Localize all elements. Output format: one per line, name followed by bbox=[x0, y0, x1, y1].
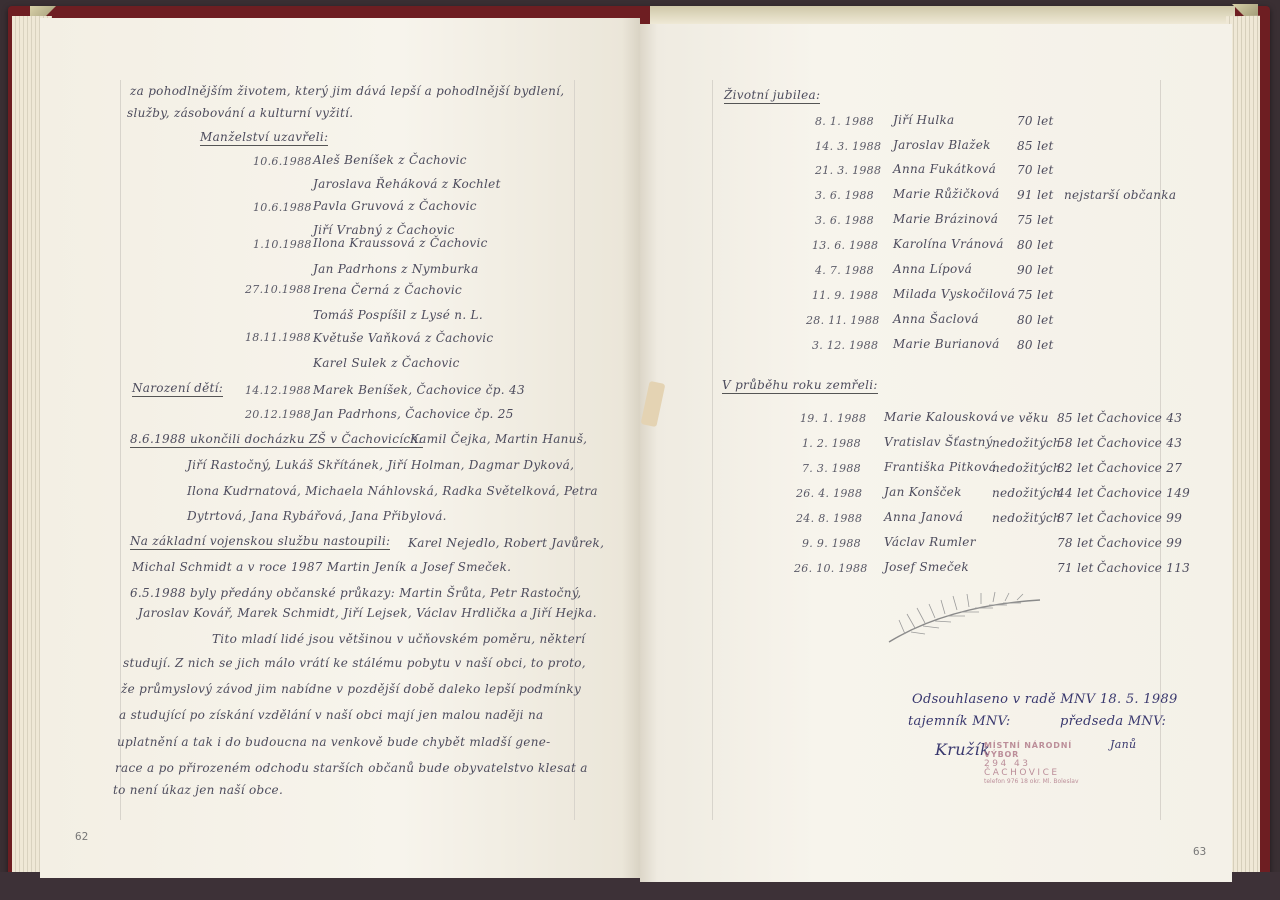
death-note: ve věku bbox=[1000, 411, 1049, 425]
chairman-label: předseda MNV: bbox=[1060, 714, 1166, 729]
marriage-person: Tomáš Pospíšil z Lysé n. L. bbox=[313, 308, 483, 322]
jubilee-age: 75 let bbox=[1017, 213, 1054, 227]
marriage-person: Jiří Vrabný z Čachovic bbox=[313, 223, 455, 237]
death-name: Anna Janová bbox=[884, 510, 963, 524]
jubilees-heading: Životní jubilea: bbox=[724, 88, 820, 104]
school-line: Jiří Rastočný, Lukáš Skřítánek, Jiří Hol… bbox=[187, 458, 574, 472]
jubilee-note: nejstarší občanka bbox=[1064, 188, 1176, 202]
marriage-date: 10.6.1988 bbox=[253, 155, 312, 168]
death-date: 7. 3. 1988 bbox=[802, 462, 861, 475]
school-heading: 8.6.1988 ukončili docházku ZŠ v Čachovic… bbox=[130, 432, 423, 448]
death-date: 1. 2. 1988 bbox=[802, 437, 861, 450]
marriage-person: Karel Sulek z Čachovic bbox=[313, 356, 460, 370]
marriage-person: Aleš Beníšek z Čachovic bbox=[313, 153, 467, 167]
intro-line: za pohodlnějším životem, který jim dává … bbox=[130, 84, 564, 98]
closing-line: race a po přirozeném odchodu starších ob… bbox=[115, 761, 588, 775]
jubilee-date: 28. 11. 1988 bbox=[806, 314, 880, 327]
death-address: Čachovice 149 bbox=[1097, 486, 1190, 500]
death-date: 19. 1. 1988 bbox=[800, 412, 866, 425]
stamp-line: telefon 976 18 okr. Ml. Boleslav bbox=[984, 779, 1096, 786]
school-line: Kamil Čejka, Martin Hanuš, bbox=[410, 432, 587, 446]
military-heading: Na základní vojenskou službu nastoupili: bbox=[130, 534, 390, 550]
death-date: 26. 10. 1988 bbox=[794, 562, 868, 575]
marriages-heading: Manželství uzavřeli: bbox=[200, 130, 328, 146]
marriage-person: Ilona Kraussová z Čachovic bbox=[313, 236, 488, 250]
jubilee-age: 91 let bbox=[1017, 188, 1054, 202]
death-name: Josef Smeček bbox=[884, 560, 969, 574]
death-date: 9. 9. 1988 bbox=[802, 537, 861, 550]
death-age: 82 let bbox=[1057, 461, 1094, 475]
jubilee-name: Jaroslav Blažek bbox=[893, 138, 991, 152]
right-page-left-margin bbox=[712, 80, 713, 820]
jubilee-date: 3. 12. 1988 bbox=[812, 339, 878, 352]
death-name: Františka Pitková bbox=[884, 460, 996, 474]
jubilee-date: 8. 1. 1988 bbox=[815, 115, 874, 128]
school-line: Dytrtová, Jana Rybářová, Jana Přibylová. bbox=[187, 509, 447, 523]
birth-date: 14.12.1988 bbox=[245, 384, 311, 397]
chairman-signature: Janů bbox=[1110, 738, 1136, 751]
jubilee-age: 90 let bbox=[1017, 263, 1054, 277]
marriage-person: Květuše Vaňková z Čachovic bbox=[313, 331, 493, 345]
death-age: 58 let bbox=[1057, 436, 1094, 450]
death-note: nedožitých bbox=[992, 511, 1061, 525]
jubilee-name: Marie Burianová bbox=[893, 337, 1000, 351]
marriage-date: 10.6.1988 bbox=[253, 201, 312, 214]
death-age: 44 let bbox=[1057, 486, 1094, 500]
id-cards-line: 6.5.1988 byly předány občanské průkazy: … bbox=[130, 586, 581, 600]
secretary-signature: Kružík bbox=[935, 740, 990, 759]
closing-line: že průmyslový závod jim nabídne v pozděj… bbox=[121, 682, 581, 696]
closing-line: a studující po získání vzdělání v naší o… bbox=[119, 708, 543, 722]
jubilee-date: 3. 6. 1988 bbox=[815, 189, 874, 202]
stamp-line: 294 43 ČACHOVICE bbox=[984, 760, 1096, 780]
death-date: 24. 8. 1988 bbox=[796, 512, 862, 525]
death-address: Čachovice 113 bbox=[1097, 561, 1190, 575]
jubilee-age: 70 let bbox=[1017, 114, 1054, 128]
intro-line: služby, zásobování a kulturní vyžití. bbox=[127, 106, 353, 120]
approval-line: Odsouhlaseno v radě MNV 18. 5. 1989 bbox=[912, 692, 1178, 707]
death-age: 78 let bbox=[1057, 536, 1094, 550]
death-age: 87 let bbox=[1057, 511, 1094, 525]
birth-entry: Marek Beníšek, Čachovice čp. 43 bbox=[313, 383, 525, 397]
death-note: nedožitých bbox=[992, 461, 1061, 475]
jubilee-age: 70 let bbox=[1017, 163, 1054, 177]
deaths-heading: V průběhu roku zemřeli: bbox=[722, 378, 878, 394]
page-number-left: 62 bbox=[75, 830, 88, 843]
right-margin-line bbox=[574, 80, 575, 820]
jubilee-date: 4. 7. 1988 bbox=[815, 264, 874, 277]
jubilee-date: 21. 3. 1988 bbox=[815, 164, 881, 177]
death-address: Čachovice 99 bbox=[1097, 536, 1182, 550]
death-name: Jan Konšček bbox=[884, 485, 962, 499]
marriage-date: 1.10.1988 bbox=[253, 238, 312, 251]
death-name: Vratislav Šťastný bbox=[884, 435, 993, 449]
jubilee-name: Karolína Vránová bbox=[893, 237, 1004, 251]
jubilee-date: 11. 9. 1988 bbox=[812, 289, 878, 302]
page-number-right: 63 bbox=[1193, 845, 1206, 858]
jubilee-name: Anna Lípová bbox=[893, 262, 972, 276]
page-top-edge bbox=[650, 6, 1235, 24]
death-note: nedožitých bbox=[992, 486, 1061, 500]
closing-line: uplatnění a tak i do budoucna na venkově… bbox=[117, 735, 551, 749]
jubilee-age: 85 let bbox=[1017, 139, 1054, 153]
secretary-label: tajemník MNV: bbox=[908, 714, 1011, 729]
death-age: 71 let bbox=[1057, 561, 1094, 575]
marriage-date: 27.10.1988 bbox=[245, 283, 311, 296]
jubilee-age: 75 let bbox=[1017, 288, 1054, 302]
death-address: Čachovice 43 bbox=[1097, 411, 1182, 425]
death-name: Václav Rumler bbox=[884, 535, 976, 549]
school-line: Ilona Kudrnatová, Michaela Náhlovská, Ra… bbox=[187, 484, 598, 498]
births-heading: Narození dětí: bbox=[132, 381, 223, 397]
jubilee-name: Marie Brázinová bbox=[893, 212, 998, 226]
jubilee-age: 80 let bbox=[1017, 238, 1054, 252]
left-page bbox=[40, 18, 640, 878]
closing-line: to není úkaz jen naší obce. bbox=[113, 783, 283, 797]
stamp-line: MÍSTNÍ NÁRODNÍ VÝBOR bbox=[984, 742, 1096, 760]
military-line: Michal Schmidt a v roce 1987 Martin Jení… bbox=[132, 560, 511, 574]
death-address: Čachovice 43 bbox=[1097, 436, 1182, 450]
marriage-person: Jaroslava Řeháková z Kochlet bbox=[313, 177, 501, 191]
jubilee-date: 3. 6. 1988 bbox=[815, 214, 874, 227]
birth-date: 20.12.1988 bbox=[245, 408, 311, 421]
jubilee-name: Jiří Hulka bbox=[893, 113, 955, 127]
military-line: Karel Nejedlo, Robert Javůrek, bbox=[408, 536, 604, 550]
official-stamp: MÍSTNÍ NÁRODNÍ VÝBOR 294 43 ČACHOVICE te… bbox=[984, 742, 1096, 786]
jubilee-date: 14. 3. 1988 bbox=[815, 140, 881, 153]
closing-line: studují. Z nich se jich málo vrátí ke st… bbox=[123, 656, 586, 670]
marriage-person: Irena Černá z Čachovic bbox=[313, 283, 462, 297]
jubilee-name: Marie Růžičková bbox=[893, 187, 1000, 201]
closing-line: Tito mladí lidé jsou většinou v učňovské… bbox=[212, 632, 585, 646]
death-address: Čachovice 99 bbox=[1097, 511, 1182, 525]
marriage-person: Jan Padrhons z Nymburka bbox=[313, 262, 479, 276]
death-name: Marie Kalousková bbox=[884, 410, 998, 424]
jubilee-date: 13. 6. 1988 bbox=[812, 239, 878, 252]
death-address: Čachovice 27 bbox=[1097, 461, 1182, 475]
id-cards-line: Jaroslav Kovář, Marek Schmidt, Jiří Lejs… bbox=[138, 606, 597, 620]
jubilee-name: Anna Fukátková bbox=[893, 162, 996, 176]
birth-entry: Jan Padrhons, Čachovice čp. 25 bbox=[313, 407, 514, 421]
jubilee-age: 80 let bbox=[1017, 313, 1054, 327]
jubilee-age: 80 let bbox=[1017, 338, 1054, 352]
death-note: nedožitých bbox=[992, 436, 1061, 450]
marriage-date: 18.11.1988 bbox=[245, 331, 311, 344]
death-date: 26. 4. 1988 bbox=[796, 487, 862, 500]
feather-drawing-icon bbox=[885, 590, 1045, 650]
death-age: 85 let bbox=[1057, 411, 1094, 425]
marriage-person: Pavla Gruvová z Čachovic bbox=[313, 199, 477, 213]
jubilee-name: Milada Vyskočilová bbox=[893, 287, 1015, 301]
jubilee-name: Anna Šaclová bbox=[893, 312, 979, 326]
